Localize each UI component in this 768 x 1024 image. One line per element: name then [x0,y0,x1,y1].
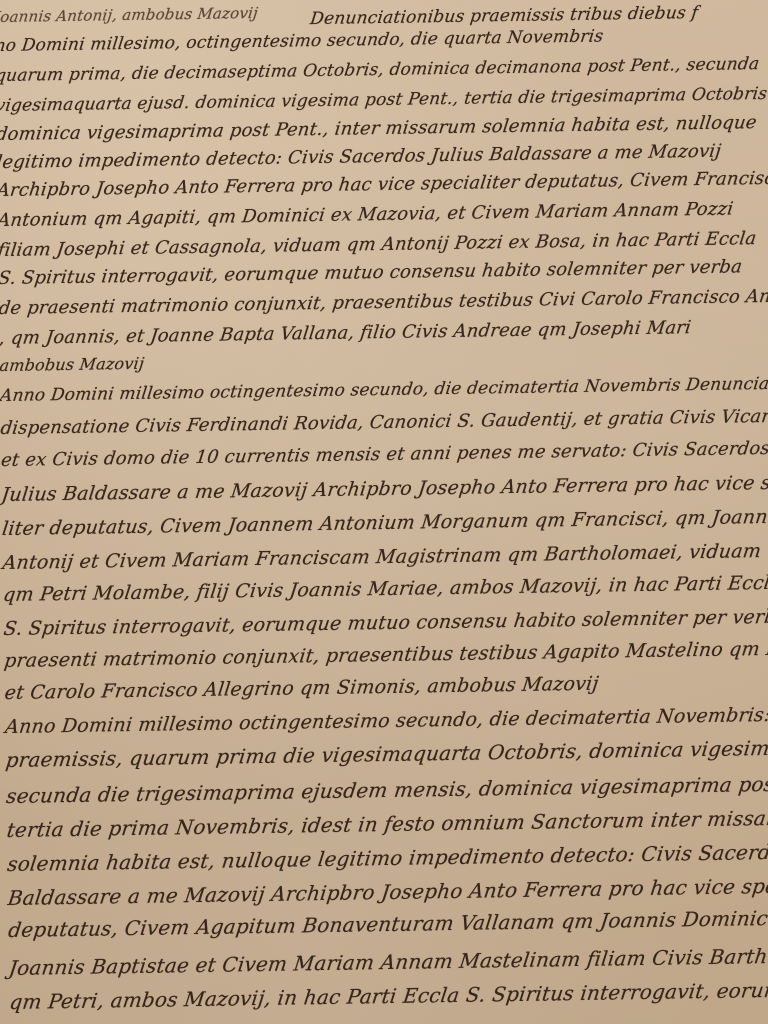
text-line: Anno Domini millesimo octingentesimo sec… [4,702,768,738]
text-line: de praesenti matrimonio conjunxit, praes… [0,286,768,319]
text-line: ambobus Mazovij [0,354,145,375]
text-line: secunda die trigesimaprima ejusdem mensi… [5,771,768,808]
text-line: quarum prima, die decimaseptima Octobris… [0,54,761,86]
text-line: praemissis, quarum prima die vigesimaqua… [4,734,768,772]
text-line: S. Spiritus interrogavit, eorumque mutuo… [0,256,743,289]
text-line: Antonium qm Agapiti, qm Dominici ex Mazo… [0,198,735,231]
text-line: Baldassare a me Mazovij Archipbro Joseph… [7,873,768,910]
text-line: Joannis Antonij, ambobus Mazovij [0,4,259,26]
text-line: et Carolo Francisco Allegrino qm Simonis… [3,673,600,704]
text-line: Julius Baldassare a me Mazovij Archipbro… [0,471,768,506]
text-line: vigesimaquarta ejusd. dominica vigesima … [0,84,768,116]
text-line: dominica vigesimaprima post Pent., inter… [0,112,758,145]
text-line: Denunciationibus praemissis tribus diebu… [309,3,699,29]
text-line: , qm Joannis, et Joanne Bapta Vallana, f… [0,317,692,349]
register-page: Joannis Antonij, ambobus Mazovij Denunci… [0,0,768,1024]
text-line: liter deputatus, Civem Joannem Antonium … [1,506,768,540]
text-line: tertia die prima Novembris, idest in fes… [5,805,768,842]
text-line: dispensatione Civis Ferdinandi Rovida, C… [0,405,768,439]
text-line: Joannis Baptistae et Civem Mariam Annam … [8,943,768,980]
text-line: legitimo impedimento detecto: Civis Sace… [0,141,722,173]
text-line: S. Spiritus interrogavit, eorumque mutuo… [2,605,768,640]
text-line: Anno Domini millesimo octingentesimo sec… [0,371,768,406]
text-line: no Domini millesimo, octingentesimo secu… [0,26,605,56]
text-line: qm Petri, ambos Mazovij, in hac Parti Ec… [8,978,768,1014]
text-line: deputatus, Civem Agapitum Bonaventuram V… [7,905,768,942]
text-line: Archipbro Josepho Anto Ferrera pro hac v… [0,167,768,201]
text-line: et ex Civis domo die 10 currentis mensis… [0,438,768,471]
text-line: Antonij et Civem Mariam Franciscam Magis… [1,540,762,574]
text-line: filiam Josephi et Cassagnola, viduam qm … [0,228,758,261]
text-line: praesenti matrimonio conjunxit, praesent… [3,637,768,672]
text-line: solemnia habita est, nulloque legitimo i… [6,839,768,876]
text-line: qm Petri Molambe, filij Civis Joannis Ma… [2,572,768,606]
